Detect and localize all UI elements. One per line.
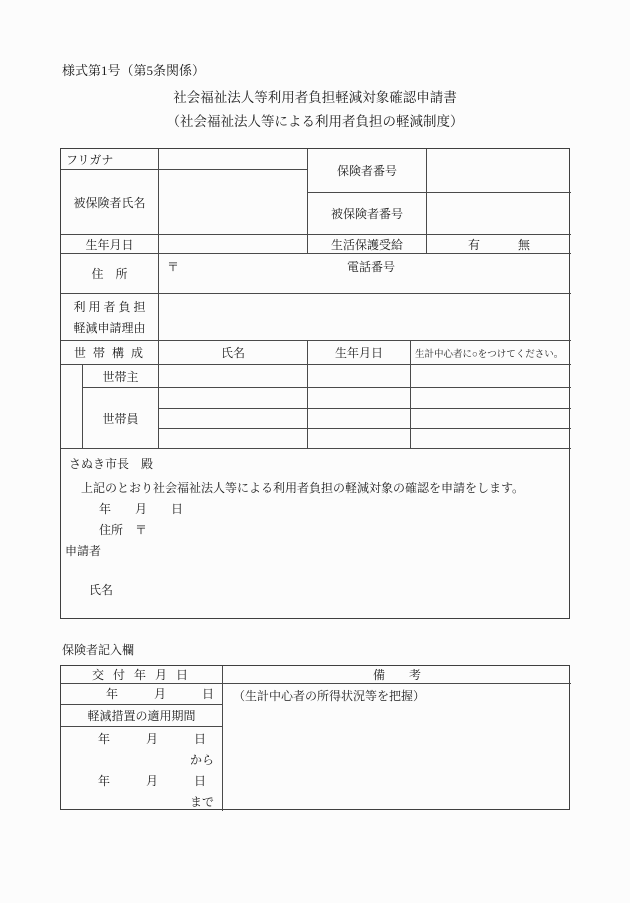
household-birth-column-header: 生年月日 — [308, 341, 411, 365]
household-left-strip — [61, 365, 83, 449]
member-name-cell — [159, 409, 308, 429]
member-name-cell — [159, 429, 308, 449]
period-end-date: 年 月 日 — [61, 771, 222, 792]
form-number: 様式第1号（第5条関係） — [62, 60, 205, 79]
member-mark-cell — [411, 388, 571, 409]
application-table: フリガナ 被保険者氏名 保険者番号 被保険者番号 生年月日 生活保護受給 有 無… — [60, 148, 570, 619]
issue-date-value-cell: 年 月 日 — [61, 684, 223, 705]
form-document-page: 様式第1号（第5条関係） 社会福祉法人等利用者負担軽減対象確認申請書 （社会福祉… — [0, 0, 630, 903]
member-birth-cell — [308, 409, 411, 429]
reduction-reason-label-line2: 軽減申請理由 — [61, 318, 158, 339]
period-start-date: 年 月 日 — [61, 729, 222, 750]
remarks-label: 備 考 — [223, 666, 571, 684]
household-mark-column-note: 生計中心者に○をつけてください。 — [411, 341, 571, 365]
period-cell: 年 月 日 から 年 月 日 まで — [61, 727, 223, 811]
application-statement-area: さぬき市長 殿 上記のとおり社会福祉法人等による利用者負担の軽減対象の確認を申請… — [61, 449, 571, 620]
insurer-section-caption: 保険者記入欄 — [62, 641, 134, 658]
declaration-line: 上記のとおり社会福祉法人等による利用者負担の軽減対象の確認を申請をします。 — [81, 479, 524, 496]
page-title: 社会福祉法人等利用者負担軽減対象確認申請書 — [0, 86, 630, 106]
welfare-label: 生活保護受給 — [308, 235, 427, 254]
reduction-reason-input-cell — [159, 294, 571, 341]
reduction-reason-label-line1: 利 用 者 負 担 — [61, 297, 158, 318]
page-subtitle: （社会福祉法人等による利用者負担の軽減制度） — [0, 110, 630, 130]
applicant-address-line: 住所 〒 — [99, 521, 147, 538]
applicant-label: 申請者 — [65, 542, 101, 559]
householder-birth-cell — [308, 365, 411, 388]
member-birth-cell — [308, 388, 411, 409]
insured-name-input-cell — [159, 170, 308, 235]
householder-name-cell — [159, 365, 308, 388]
insured-name-label: 被保険者氏名 — [61, 170, 159, 235]
welfare-no-option: 無 — [518, 236, 530, 253]
address-label: 住 所 — [61, 254, 159, 294]
phone-label: 電話番号 — [347, 258, 395, 275]
welfare-yes-option: 有 — [468, 236, 480, 253]
householder-label: 世帯主 — [83, 365, 159, 388]
insured-number-label: 被保険者番号 — [308, 193, 427, 235]
remarks-note: （生計中心者の所得状況等を把握） — [233, 689, 425, 703]
insurer-entry-table: 交 付 年 月 日 備 考 年 月 日 軽減措置の適用期間 年 月 日 から 年… — [60, 665, 570, 810]
applicant-name-label: 氏名 — [89, 581, 113, 598]
insurer-number-label: 保険者番号 — [308, 149, 427, 193]
period-from-label: から — [61, 750, 222, 771]
mayor-line: さぬき市長 殿 — [69, 455, 153, 472]
welfare-options-cell: 有 無 — [427, 235, 571, 254]
member-mark-cell — [411, 409, 571, 429]
member-mark-cell — [411, 429, 571, 449]
period-label: 軽減措置の適用期間 — [61, 705, 223, 727]
postal-mark: 〒 — [167, 258, 179, 275]
member-name-cell — [159, 388, 308, 409]
issue-date-label: 交 付 年 月 日 — [61, 666, 223, 684]
furigana-label: フリガナ — [61, 149, 159, 170]
remarks-cell: （生計中心者の所得状況等を把握） — [223, 684, 571, 811]
insured-number-input-cell — [427, 193, 571, 235]
member-birth-cell — [308, 429, 411, 449]
household-name-column-header: 氏名 — [159, 341, 308, 365]
birthdate-label: 生年月日 — [61, 235, 159, 254]
date-line: 年 月 日 — [99, 500, 183, 517]
insurer-number-input-cell — [427, 149, 571, 193]
period-to-label: まで — [61, 792, 222, 813]
birthdate-input-cell — [159, 235, 308, 254]
furigana-input-cell — [159, 149, 308, 170]
householder-mark-cell — [411, 365, 571, 388]
member-label: 世帯員 — [83, 388, 159, 449]
reduction-reason-label: 利 用 者 負 担 軽減申請理由 — [61, 294, 159, 341]
address-input-cell: 〒 電話番号 — [159, 254, 571, 294]
household-label: 世 帯 構 成 — [61, 341, 159, 365]
